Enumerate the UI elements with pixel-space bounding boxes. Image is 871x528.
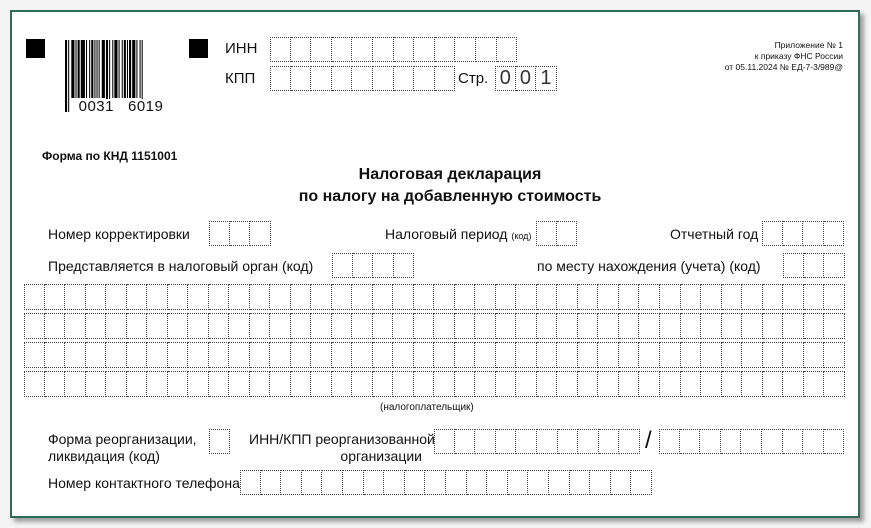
location-code-input[interactable] xyxy=(783,253,845,278)
char-cell[interactable] xyxy=(127,342,148,368)
char-cell[interactable]: 1 xyxy=(536,66,557,91)
char-cell[interactable] xyxy=(373,313,394,339)
char-cell[interactable] xyxy=(65,342,86,368)
char-cell[interactable] xyxy=(558,429,579,454)
char-cell[interactable] xyxy=(475,284,496,310)
reorg-inn-kpp-label: ИНН/КПП реорганизованной организации xyxy=(249,431,422,465)
char-cell[interactable] xyxy=(681,342,702,368)
char-cell[interactable] xyxy=(824,253,845,278)
char-cell[interactable] xyxy=(332,371,353,397)
char-cell[interactable] xyxy=(188,313,209,339)
inn-input[interactable] xyxy=(270,37,517,62)
char-cell[interactable] xyxy=(270,371,291,397)
tax-authority-label: Представляется в налоговый орган (код) xyxy=(48,258,313,274)
char-cell[interactable] xyxy=(209,284,230,310)
char-cell[interactable] xyxy=(516,371,537,397)
char-cell[interactable] xyxy=(250,284,271,310)
char-cell[interactable] xyxy=(250,371,271,397)
inn-kpp-separator: / xyxy=(645,427,652,455)
char-cell[interactable] xyxy=(394,37,415,62)
char-cell[interactable] xyxy=(311,284,332,310)
char-cell[interactable] xyxy=(639,342,660,368)
char-cell[interactable] xyxy=(322,470,343,495)
char-cell[interactable] xyxy=(528,470,549,495)
char-cell[interactable] xyxy=(742,284,763,310)
char-cell[interactable] xyxy=(536,221,557,246)
char-cell[interactable] xyxy=(86,342,107,368)
char-cell[interactable] xyxy=(824,221,845,246)
alignment-marker-left xyxy=(26,39,45,58)
char-cell[interactable] xyxy=(496,371,517,397)
tax-period-label-text: Налоговый период xyxy=(385,226,507,242)
char-cell[interactable] xyxy=(557,284,578,310)
appendix-line-2: к приказу ФНС России xyxy=(725,51,843,62)
char-cell[interactable] xyxy=(291,66,312,91)
char-cell[interactable] xyxy=(414,313,435,339)
char-cell[interactable] xyxy=(434,342,455,368)
char-cell[interactable] xyxy=(639,313,660,339)
char-cell[interactable] xyxy=(722,371,743,397)
char-cell[interactable] xyxy=(373,37,394,62)
char-cell[interactable] xyxy=(455,37,476,62)
char-cell[interactable] xyxy=(311,313,332,339)
char-cell[interactable] xyxy=(783,313,804,339)
char-cell[interactable] xyxy=(352,284,373,310)
char-cell[interactable] xyxy=(804,313,825,339)
char-cell[interactable] xyxy=(332,284,353,310)
char-cell[interactable] xyxy=(209,313,230,339)
char-cell[interactable] xyxy=(700,429,721,454)
char-cell[interactable] xyxy=(405,470,426,495)
char-cell[interactable] xyxy=(147,284,168,310)
char-cell[interactable] xyxy=(373,342,394,368)
char-cell[interactable] xyxy=(824,342,845,368)
char-cell[interactable] xyxy=(557,371,578,397)
char-cell[interactable] xyxy=(475,429,496,454)
char-cell[interactable] xyxy=(660,284,681,310)
char-cell[interactable] xyxy=(65,313,86,339)
reporting-year-label: Отчетный год xyxy=(670,226,758,242)
char-cell[interactable] xyxy=(250,313,271,339)
document-subtitle: по налогу на добавленную стоимость xyxy=(200,186,700,208)
char-cell[interactable] xyxy=(701,342,722,368)
char-cell[interactable] xyxy=(537,313,558,339)
char-cell[interactable] xyxy=(763,313,784,339)
char-cell[interactable] xyxy=(722,313,743,339)
char-cell[interactable] xyxy=(261,470,282,495)
char-cell[interactable] xyxy=(455,429,476,454)
char-cell[interactable] xyxy=(681,313,702,339)
char-cell[interactable] xyxy=(188,342,209,368)
char-cell[interactable] xyxy=(393,313,414,339)
char-cell[interactable] xyxy=(434,371,455,397)
char-cell[interactable] xyxy=(394,253,415,278)
location-label: по месту нахождения (учета) (код) xyxy=(537,258,761,274)
appendix-line-3: от 05.11.2024 № ЕД-7-3/989@ xyxy=(725,62,843,73)
char-cell[interactable] xyxy=(188,371,209,397)
char-cell[interactable] xyxy=(435,66,456,91)
char-cell[interactable] xyxy=(619,429,640,454)
char-cell[interactable] xyxy=(24,313,45,339)
char-cell[interactable] xyxy=(106,342,127,368)
correction-number-label: Номер корректировки xyxy=(48,226,190,242)
reorg-form-label: Форма реорганизации, ликвидация (код) xyxy=(48,431,197,465)
char-cell[interactable] xyxy=(722,284,743,310)
char-cell[interactable] xyxy=(364,470,385,495)
char-cell[interactable] xyxy=(619,284,640,310)
char-cell[interactable] xyxy=(804,284,825,310)
char-cell[interactable] xyxy=(578,342,599,368)
char-cell[interactable] xyxy=(352,342,373,368)
char-cell[interactable] xyxy=(660,342,681,368)
char-cell[interactable] xyxy=(147,313,168,339)
char-cell[interactable] xyxy=(578,371,599,397)
taxpayer-row[interactable] xyxy=(24,371,845,397)
char-cell[interactable] xyxy=(414,342,435,368)
char-cell[interactable] xyxy=(434,284,455,310)
char-cell[interactable] xyxy=(250,221,271,246)
char-cell[interactable] xyxy=(762,221,783,246)
char-cell[interactable] xyxy=(291,37,312,62)
char-cell[interactable] xyxy=(230,221,251,246)
reorg-form-label-line-2: ликвидация (код) xyxy=(48,448,197,465)
char-cell[interactable] xyxy=(240,470,261,495)
char-cell[interactable] xyxy=(763,284,784,310)
char-cell[interactable] xyxy=(352,37,373,62)
char-cell[interactable] xyxy=(619,342,640,368)
char-cell[interactable] xyxy=(590,470,611,495)
char-cell[interactable] xyxy=(332,342,353,368)
char-cell[interactable] xyxy=(65,371,86,397)
char-cell[interactable] xyxy=(578,429,599,454)
char-cell[interactable] xyxy=(270,313,291,339)
char-cell[interactable] xyxy=(804,342,825,368)
char-cell[interactable] xyxy=(291,342,312,368)
char-cell[interactable] xyxy=(639,284,660,310)
char-cell[interactable] xyxy=(352,313,373,339)
char-cell[interactable] xyxy=(352,371,373,397)
char-cell[interactable] xyxy=(209,342,230,368)
char-cell[interactable] xyxy=(147,371,168,397)
char-cell[interactable] xyxy=(86,284,107,310)
reorg-inn-kpp-label-line-1: ИНН/КПП реорганизованной xyxy=(249,431,422,448)
char-cell[interactable] xyxy=(86,313,107,339)
form-code: Форма по КНД 1151001 xyxy=(42,149,177,163)
char-cell[interactable] xyxy=(476,37,497,62)
char-cell[interactable] xyxy=(353,253,374,278)
char-cell[interactable] xyxy=(434,313,455,339)
char-cell[interactable] xyxy=(783,284,804,310)
char-cell[interactable] xyxy=(45,371,66,397)
barcode-digits-right: 6019 xyxy=(126,99,165,114)
page-number-field[interactable]: 001 xyxy=(495,66,557,91)
char-cell[interactable] xyxy=(147,342,168,368)
char-cell[interactable] xyxy=(741,429,762,454)
char-cell[interactable] xyxy=(783,429,804,454)
alignment-marker-right xyxy=(189,39,208,58)
char-cell[interactable] xyxy=(783,342,804,368)
char-cell[interactable] xyxy=(343,470,364,495)
char-cell[interactable] xyxy=(783,371,804,397)
tax-authority-input[interactable] xyxy=(332,253,414,278)
char-cell[interactable] xyxy=(681,371,702,397)
reorg-form-input[interactable] xyxy=(209,429,230,454)
char-cell[interactable] xyxy=(394,66,415,91)
char-cell[interactable] xyxy=(414,371,435,397)
char-cell[interactable] xyxy=(639,371,660,397)
tax-period-input[interactable] xyxy=(536,221,577,246)
char-cell[interactable] xyxy=(332,253,353,278)
char-cell[interactable] xyxy=(578,284,599,310)
char-cell[interactable] xyxy=(455,342,476,368)
char-cell[interactable] xyxy=(537,371,558,397)
char-cell[interactable] xyxy=(229,284,250,310)
char-cell[interactable] xyxy=(414,66,435,91)
barcode: 0031 6019 xyxy=(65,40,177,112)
reporting-year-input[interactable] xyxy=(762,221,844,246)
char-cell[interactable] xyxy=(168,371,189,397)
char-cell[interactable] xyxy=(660,313,681,339)
char-cell[interactable] xyxy=(681,284,702,310)
char-cell[interactable] xyxy=(455,313,476,339)
kpp-label: КПП xyxy=(225,70,255,87)
char-cell[interactable] xyxy=(127,371,148,397)
char-cell[interactable] xyxy=(701,371,722,397)
char-cell[interactable] xyxy=(24,371,45,397)
char-cell[interactable] xyxy=(24,284,45,310)
char-cell[interactable] xyxy=(393,284,414,310)
char-cell[interactable] xyxy=(434,429,455,454)
barcode-digits-left: 0031 xyxy=(77,99,116,114)
appendix-note: Приложение № 1 к приказу ФНС России от 0… xyxy=(725,40,843,73)
char-cell[interactable] xyxy=(549,470,570,495)
char-cell[interactable] xyxy=(742,342,763,368)
tax-period-label: Налоговый период (код) xyxy=(385,226,531,242)
char-cell[interactable] xyxy=(414,37,435,62)
char-cell[interactable] xyxy=(446,470,467,495)
char-cell[interactable] xyxy=(229,313,250,339)
char-cell[interactable] xyxy=(45,342,66,368)
char-cell[interactable] xyxy=(475,313,496,339)
char-cell[interactable] xyxy=(557,313,578,339)
char-cell[interactable] xyxy=(537,342,558,368)
char-cell[interactable] xyxy=(45,313,66,339)
char-cell[interactable]: 0 xyxy=(516,66,537,91)
char-cell[interactable] xyxy=(824,284,845,310)
char-cell[interactable] xyxy=(537,429,558,454)
reorg-inn-kpp-label-line-2: организации xyxy=(249,448,422,465)
char-cell[interactable] xyxy=(680,429,701,454)
barcode-digits: 0031 6019 xyxy=(65,99,177,114)
char-cell[interactable] xyxy=(570,470,591,495)
char-cell[interactable] xyxy=(291,313,312,339)
char-cell[interactable] xyxy=(384,470,405,495)
char-cell[interactable] xyxy=(598,342,619,368)
phone-label: Номер контактного телефона xyxy=(48,475,240,491)
char-cell[interactable] xyxy=(557,221,578,246)
char-cell[interactable] xyxy=(188,284,209,310)
tax-period-label-suffix: (код) xyxy=(511,231,531,241)
char-cell[interactable] xyxy=(516,284,537,310)
char-cell[interactable] xyxy=(393,371,414,397)
char-cell[interactable] xyxy=(168,313,189,339)
char-cell[interactable] xyxy=(270,284,291,310)
char-cell[interactable] xyxy=(619,313,640,339)
char-cell[interactable] xyxy=(497,37,518,62)
char-cell[interactable] xyxy=(496,342,517,368)
char-cell[interactable] xyxy=(302,470,323,495)
char-cell[interactable] xyxy=(611,470,632,495)
char-cell[interactable] xyxy=(425,470,446,495)
char-cell[interactable] xyxy=(537,284,558,310)
char-cell[interactable] xyxy=(291,284,312,310)
correction-number-input[interactable] xyxy=(209,221,271,246)
char-cell[interactable] xyxy=(516,313,537,339)
char-cell[interactable] xyxy=(496,429,517,454)
kpp-input[interactable] xyxy=(270,66,455,91)
char-cell[interactable] xyxy=(209,221,230,246)
char-cell[interactable] xyxy=(496,284,517,310)
char-cell[interactable] xyxy=(311,342,332,368)
phone-input[interactable] xyxy=(240,470,652,495)
char-cell[interactable] xyxy=(804,253,825,278)
char-cell[interactable] xyxy=(598,371,619,397)
char-cell[interactable] xyxy=(106,284,127,310)
reorg-form-label-line-1: Форма реорганизации, xyxy=(48,431,197,448)
char-cell[interactable] xyxy=(578,313,599,339)
char-cell[interactable] xyxy=(475,342,496,368)
char-cell[interactable] xyxy=(803,221,824,246)
char-cell[interactable] xyxy=(721,429,742,454)
char-cell[interactable] xyxy=(65,284,86,310)
char-cell[interactable] xyxy=(373,66,394,91)
char-cell[interactable] xyxy=(516,429,537,454)
char-cell[interactable] xyxy=(475,371,496,397)
char-cell[interactable]: 0 xyxy=(495,66,516,91)
char-cell[interactable] xyxy=(229,342,250,368)
char-cell[interactable] xyxy=(824,429,845,454)
char-cell[interactable] xyxy=(332,313,353,339)
char-cell[interactable] xyxy=(332,66,353,91)
char-cell[interactable] xyxy=(496,313,517,339)
char-cell[interactable] xyxy=(352,66,373,91)
char-cell[interactable] xyxy=(250,342,271,368)
char-cell[interactable] xyxy=(127,284,148,310)
char-cell[interactable] xyxy=(742,371,763,397)
char-cell[interactable] xyxy=(763,342,784,368)
char-cell[interactable] xyxy=(508,470,529,495)
char-cell[interactable] xyxy=(783,221,804,246)
char-cell[interactable] xyxy=(762,429,783,454)
char-cell[interactable] xyxy=(291,371,312,397)
char-cell[interactable] xyxy=(557,342,578,368)
char-cell[interactable] xyxy=(332,37,353,62)
taxpayer-row[interactable] xyxy=(24,342,845,368)
char-cell[interactable] xyxy=(127,313,148,339)
char-cell[interactable] xyxy=(701,313,722,339)
char-cell[interactable] xyxy=(467,470,488,495)
char-cell[interactable] xyxy=(311,371,332,397)
char-cell[interactable] xyxy=(824,313,845,339)
char-cell[interactable] xyxy=(455,371,476,397)
char-cell[interactable] xyxy=(804,371,825,397)
taxpayer-caption: (налогоплательщик) xyxy=(380,402,474,413)
char-cell[interactable] xyxy=(599,429,620,454)
char-cell[interactable] xyxy=(311,37,332,62)
char-cell[interactable] xyxy=(414,284,435,310)
document-title: Налоговая декларация xyxy=(200,164,700,186)
taxpayer-row[interactable] xyxy=(24,313,845,339)
char-cell[interactable] xyxy=(209,371,230,397)
char-cell[interactable] xyxy=(168,284,189,310)
taxpayer-name-grid[interactable] xyxy=(24,284,845,400)
char-cell[interactable] xyxy=(487,470,508,495)
char-cell[interactable] xyxy=(516,342,537,368)
char-cell[interactable] xyxy=(660,371,681,397)
char-cell[interactable] xyxy=(270,342,291,368)
char-cell[interactable] xyxy=(824,371,845,397)
char-cell[interactable] xyxy=(598,284,619,310)
char-cell[interactable] xyxy=(270,37,291,62)
char-cell[interactable] xyxy=(168,342,189,368)
char-cell[interactable] xyxy=(763,371,784,397)
char-cell[interactable] xyxy=(803,429,824,454)
char-cell[interactable] xyxy=(435,37,456,62)
char-cell[interactable] xyxy=(24,342,45,368)
char-cell[interactable] xyxy=(45,284,66,310)
char-cell[interactable] xyxy=(281,470,302,495)
reorg-kpp-input[interactable] xyxy=(659,429,844,454)
char-cell[interactable] xyxy=(455,284,476,310)
char-cell[interactable] xyxy=(270,66,291,91)
char-cell[interactable] xyxy=(373,371,394,397)
char-cell[interactable] xyxy=(393,342,414,368)
char-cell[interactable] xyxy=(659,429,680,454)
char-cell[interactable] xyxy=(373,284,394,310)
char-cell[interactable] xyxy=(373,253,394,278)
char-cell[interactable] xyxy=(209,429,230,454)
char-cell[interactable] xyxy=(742,313,763,339)
char-cell[interactable] xyxy=(229,371,250,397)
char-cell[interactable] xyxy=(106,371,127,397)
taxpayer-row[interactable] xyxy=(24,284,845,310)
char-cell[interactable] xyxy=(701,284,722,310)
char-cell[interactable] xyxy=(783,253,804,278)
char-cell[interactable] xyxy=(86,371,107,397)
char-cell[interactable] xyxy=(619,371,640,397)
char-cell[interactable] xyxy=(598,313,619,339)
reorg-inn-input[interactable] xyxy=(434,429,640,454)
page-label: Стр. xyxy=(458,70,488,87)
inn-label: ИНН xyxy=(225,40,257,57)
char-cell[interactable] xyxy=(311,66,332,91)
appendix-line-1: Приложение № 1 xyxy=(725,40,843,51)
char-cell[interactable] xyxy=(106,313,127,339)
char-cell[interactable] xyxy=(722,342,743,368)
char-cell[interactable] xyxy=(631,470,652,495)
